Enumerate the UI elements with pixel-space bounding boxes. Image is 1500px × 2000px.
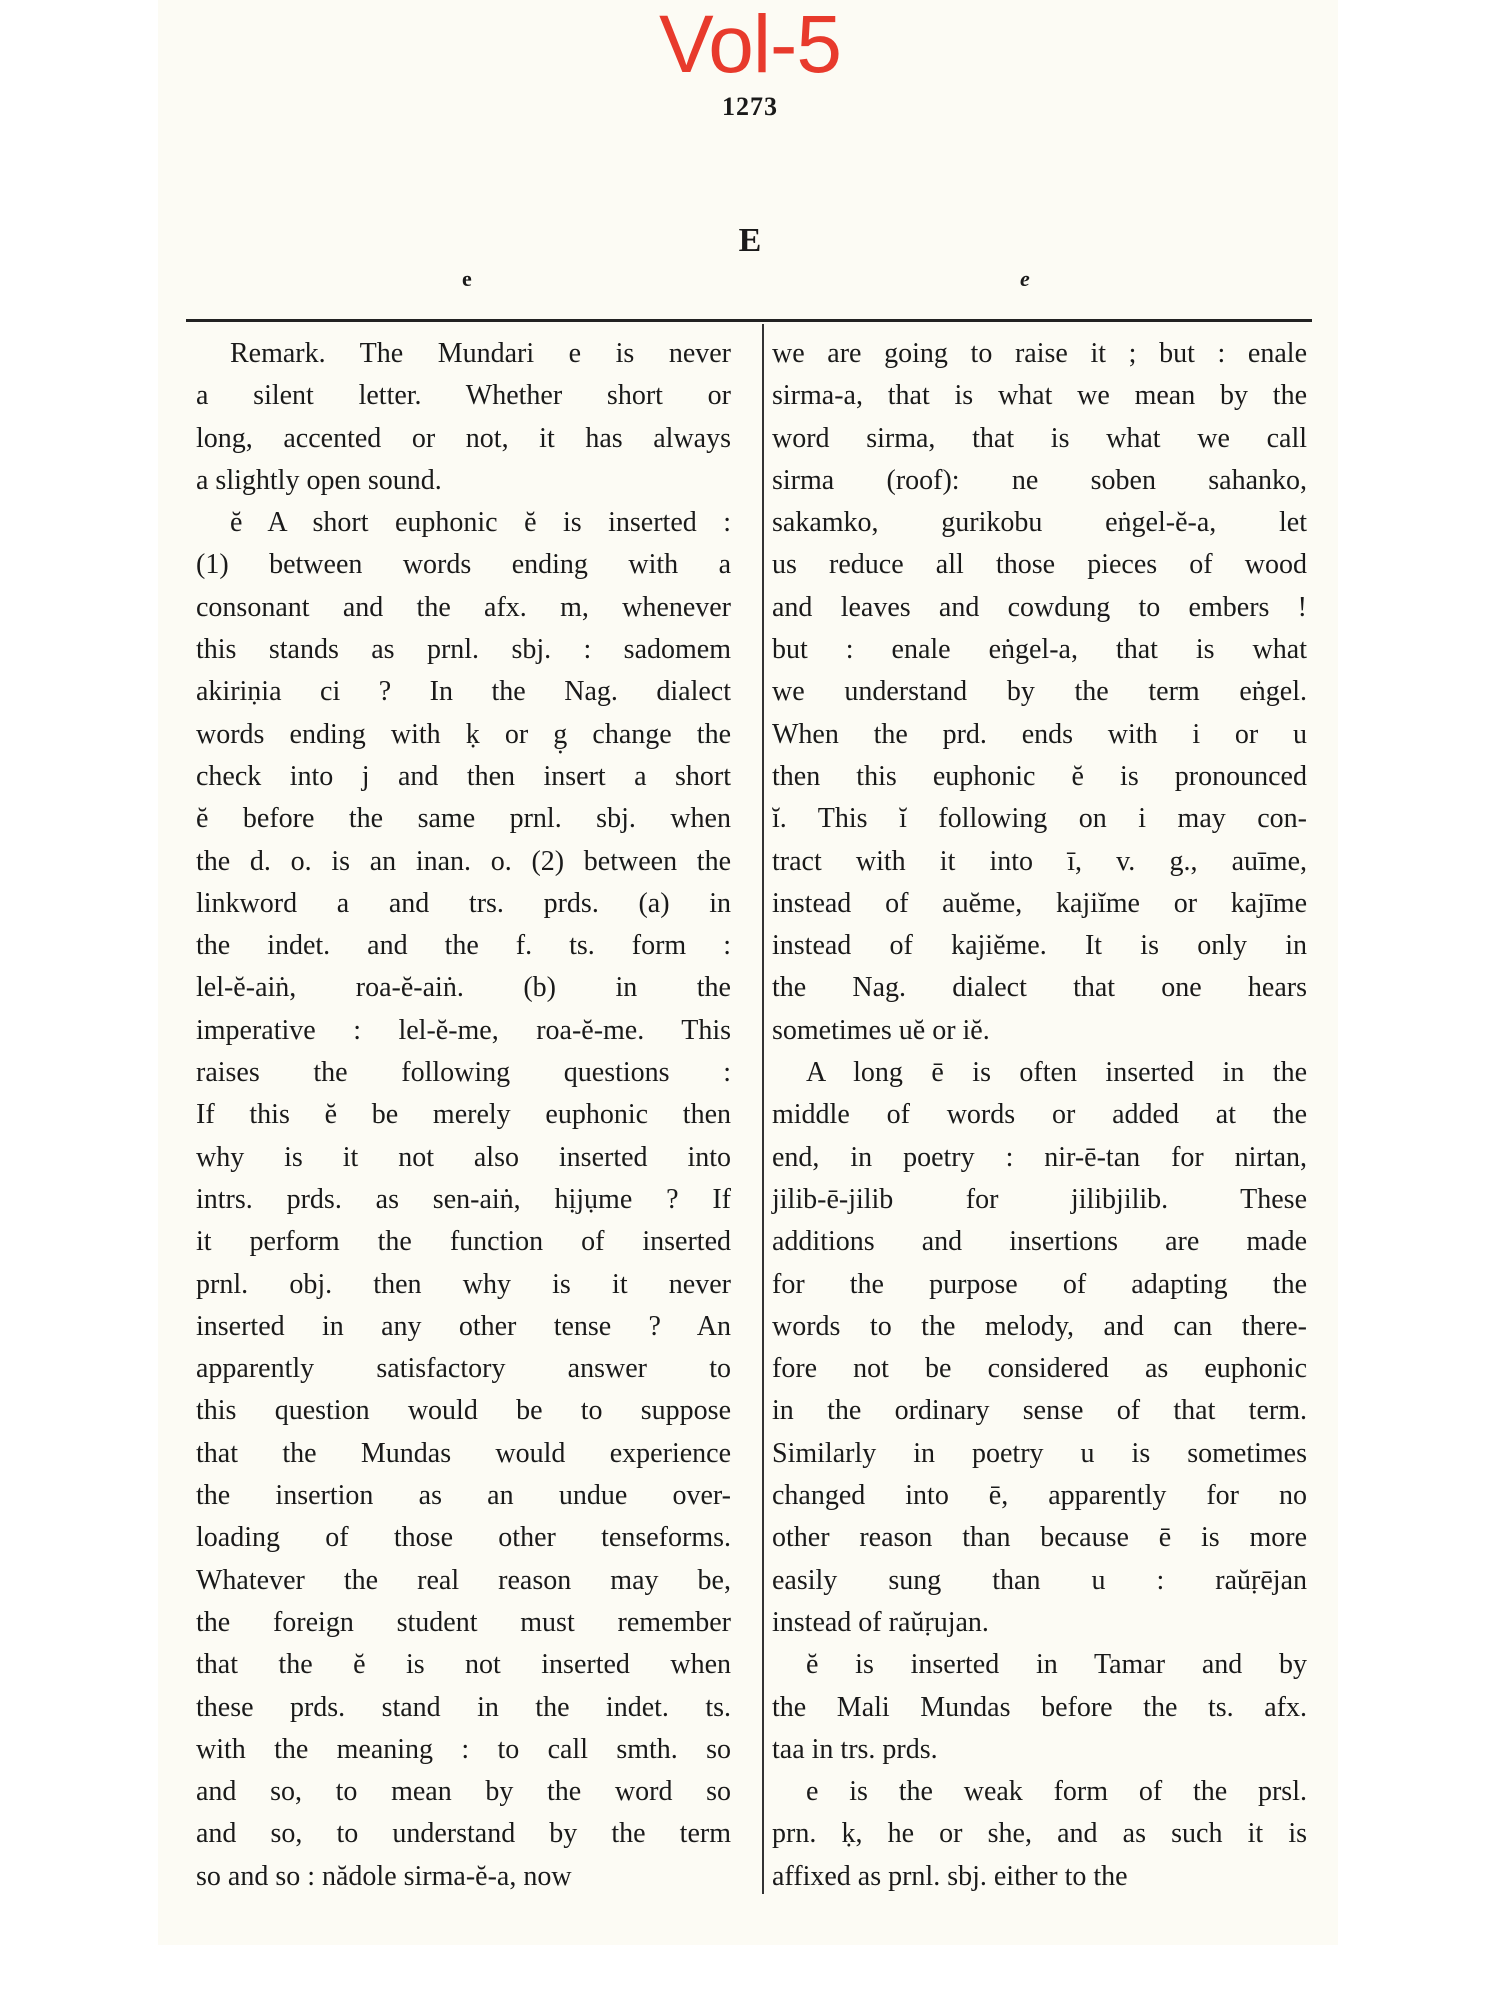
text-line: it perform the function of inserted [196, 1221, 731, 1263]
text-line: raises the following questions : [196, 1052, 731, 1094]
text-line: that the ĕ is not inserted when [196, 1644, 731, 1686]
text-line: end, in poetry : nir-ē-tan for nirtan, [772, 1137, 1307, 1179]
text-line: this question would be to suppose [196, 1390, 731, 1432]
text-line: imperative : lel-ĕ-me, roa-ĕ-me. This [196, 1010, 731, 1052]
text-line: When the prd. ends with i or u [772, 714, 1307, 756]
text-line: instead of raŭṛujan. [772, 1602, 1307, 1644]
text-line: instead of auĕme, kajiĭme or kajīme [772, 883, 1307, 925]
text-line: apparently satisfactory answer to [196, 1348, 731, 1390]
text-line: the foreign student must remember [196, 1602, 731, 1644]
header-rule [186, 319, 1312, 322]
text-line: Remark. The Mundari e is never [196, 333, 731, 375]
text-line: taa in trs. prds. [772, 1729, 1307, 1771]
text-line: we are going to raise it ; but : enale [772, 333, 1307, 375]
right-column: we are going to raise it ; but : enalesi… [772, 333, 1307, 1898]
text-line: sirma-a, that is what we mean by the [772, 375, 1307, 417]
text-line: words ending with ḳ or g̣ change the [196, 714, 731, 756]
volume-label: Vol-5 [0, 4, 1500, 86]
text-line: ĕ is inserted in Tamar and by [772, 1644, 1307, 1686]
text-line: Similarly in poetry u is sometimes [772, 1433, 1307, 1475]
text-line: in the ordinary sense of that term. [772, 1390, 1307, 1432]
text-line: and so, to mean by the word so [196, 1771, 731, 1813]
text-line: ĭ. This ĭ following on i may con- [772, 798, 1307, 840]
text-line: instead of kajiĕme. It is only in [772, 925, 1307, 967]
text-line: and so, to understand by the term [196, 1813, 731, 1855]
text-line: so and so : nădole sirma-ĕ-a, now [196, 1856, 731, 1898]
text-line: a silent letter. Whether short or [196, 375, 731, 417]
text-line: affixed as prnl. sbj. either to the [772, 1856, 1307, 1898]
text-line: the indet. and the f. ts. form : [196, 925, 731, 967]
text-line: consonant and the afx. m, whenever [196, 587, 731, 629]
text-line: the insertion as an undue over- [196, 1475, 731, 1517]
text-line: but : enale eṅgel-a, that is what [772, 629, 1307, 671]
text-line: the d. o. is an inan. o. (2) between the [196, 841, 731, 883]
text-line: with the meaning : to call smth. so [196, 1729, 731, 1771]
text-line: fore not be considered as euphonic [772, 1348, 1307, 1390]
text-line: linkword a and trs. prds. (a) in [196, 883, 731, 925]
text-line: these prds. stand in the indet. ts. [196, 1687, 731, 1729]
text-line: tract with it into ī, v. g., auīme, [772, 841, 1307, 883]
text-line: us reduce all those pieces of wood [772, 544, 1307, 586]
text-line: then this euphonic ĕ is pronounced [772, 756, 1307, 798]
text-line: prnl. obj. then why is it never [196, 1264, 731, 1306]
column-divider [762, 324, 764, 1894]
text-line: loading of those other tenseforms. [196, 1517, 731, 1559]
text-line: jilib-ē-jilib for jilibjilib. These [772, 1179, 1307, 1221]
text-line: a slightly open sound. [196, 460, 731, 502]
page-number: 1273 [0, 92, 1500, 122]
catchword-right: e [1020, 266, 1030, 292]
text-line: middle of words or added at the [772, 1094, 1307, 1136]
section-letter-heading: E [0, 222, 1500, 260]
text-line: words to the melody, and can there- [772, 1306, 1307, 1348]
left-column: Remark. The Mundari e is nevera silent l… [196, 333, 731, 1898]
text-line: sometimes uĕ or iĕ. [772, 1010, 1307, 1052]
text-line: that the Mundas would experience [196, 1433, 731, 1475]
text-line: check into j and then insert a short [196, 756, 731, 798]
text-line: sirma (roof): ne soben sahanko, [772, 460, 1307, 502]
text-line: we understand by the term eṅgel. [772, 671, 1307, 713]
text-line: Whatever the real reason may be, [196, 1560, 731, 1602]
text-line: additions and insertions are made [772, 1221, 1307, 1263]
text-line: lel-ĕ-aiṅ, roa-ĕ-aiṅ. (b) in the [196, 967, 731, 1009]
text-line: other reason than because ē is more [772, 1517, 1307, 1559]
text-line: sakamko, gurikobu eṅgel-ĕ-a, let [772, 502, 1307, 544]
text-line: akiriṇia ci ? In the Nag. dialect [196, 671, 731, 713]
text-line: for the purpose of adapting the [772, 1264, 1307, 1306]
text-line: ĕ before the same prnl. sbj. when [196, 798, 731, 840]
text-line: ĕ A short euphonic ĕ is inserted : [196, 502, 731, 544]
text-line: why is it not also inserted into [196, 1137, 731, 1179]
text-line: changed into ē, apparently for no [772, 1475, 1307, 1517]
text-line: intrs. prds. as sen-aiṅ, hịjụme ? If [196, 1179, 731, 1221]
text-line: A long ē is often inserted in the [772, 1052, 1307, 1094]
text-line: the Nag. dialect that one hears [772, 967, 1307, 1009]
text-line: this stands as prnl. sbj. : sadomem [196, 629, 731, 671]
text-line: long, accented or not, it has always [196, 418, 731, 460]
text-line: e is the weak form of the prsl. [772, 1771, 1307, 1813]
text-line: (1) between words ending with a [196, 544, 731, 586]
text-line: word sirma, that is what we call [772, 418, 1307, 460]
text-line: If this ĕ be merely euphonic then [196, 1094, 731, 1136]
text-line: easily sung than u : raŭṛējan [772, 1560, 1307, 1602]
text-line: the Mali Mundas before the ts. afx. [772, 1687, 1307, 1729]
text-line: prn. ḳ, he or she, and as such it is [772, 1813, 1307, 1855]
text-line: and leaves and cowdung to embers ! [772, 587, 1307, 629]
catchword-left: e [462, 266, 472, 292]
text-line: inserted in any other tense ? An [196, 1306, 731, 1348]
